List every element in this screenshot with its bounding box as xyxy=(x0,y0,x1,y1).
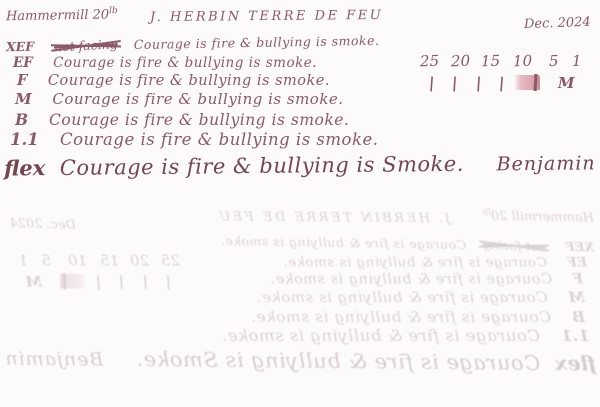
nib-label: F xyxy=(17,73,27,89)
scale-number: 5 xyxy=(548,52,558,70)
paper-weight-unit: lb xyxy=(109,6,118,16)
test-sentence: Courage is fire & bullying is smoke. xyxy=(48,73,330,89)
scratched-out-word: not facing xyxy=(54,37,118,54)
paper-brand: Hammermill xyxy=(6,8,89,24)
test-sentence: Courage is fire & bullying is smoke. xyxy=(53,55,317,71)
test-line-ef: EF Courage is fire & bullying is smoke. xyxy=(13,56,317,71)
nib-label: flex xyxy=(4,156,45,180)
test-line-xef: XEF not facing Courage is fire & bullyin… xyxy=(6,34,380,54)
tick-mark: | xyxy=(499,74,506,92)
test-line-b: B Courage is fire & bullying is smoke. xyxy=(15,111,349,129)
scale-number: 20 xyxy=(451,52,471,71)
test-line-flex: flex Courage is fire & bullying is Smoke… xyxy=(4,149,600,180)
test-line-f: F Courage is fire & bullying is smoke. xyxy=(17,73,330,90)
nib-label: XEF xyxy=(6,40,34,54)
nib-label: EF xyxy=(13,56,33,71)
ink-smear-swatch xyxy=(514,75,540,90)
paper-sheet: Hammermill 20lb J. HERBIN TERRE DE FEU D… xyxy=(0,0,600,407)
scale-number: 25 xyxy=(420,52,440,71)
test-line-m: M Courage is fire & bullying is smoke. xyxy=(15,91,344,108)
ink-name-label: J. HERBIN TERRE DE FEU xyxy=(150,9,383,25)
front-page: Hammermill 20lb J. HERBIN TERRE DE FEU D… xyxy=(0,0,600,407)
date-label: Dec. 2024 xyxy=(524,16,591,33)
quote-attribution: Benjamin Disraeli xyxy=(496,151,600,175)
scale-number: 1 xyxy=(572,52,582,70)
tick-mark: | xyxy=(475,74,482,92)
scale-number: 15 xyxy=(480,52,500,71)
scale-number: 10 xyxy=(512,52,532,71)
test-sentence: Courage is fire & bullying is smoke. xyxy=(52,90,343,108)
test-sentence: Courage is fire & bullying is smoke. xyxy=(49,111,349,129)
tick-mark: | xyxy=(452,74,459,92)
paper-weight: 20 xyxy=(92,8,109,23)
tick-mark: | xyxy=(428,74,435,92)
dry-time-test: 25 20 15 10 5 1 ||||M xyxy=(420,52,585,93)
dry-time-nib-label: M xyxy=(558,74,575,92)
dry-time-scale: 25 20 15 10 5 1 xyxy=(420,52,585,70)
test-line-stub: 1.1 Courage is fire & bullying is smoke. xyxy=(10,131,378,149)
nib-label: M xyxy=(15,91,32,108)
test-sentence: Courage is fire & bullying is Smoke. xyxy=(60,152,464,180)
test-sentence: Courage is fire & bullying is smoke. xyxy=(134,33,380,52)
nib-label: B xyxy=(15,111,28,128)
nib-label: 1.1 xyxy=(10,131,39,149)
test-sentence: Courage is fire & bullying is smoke. xyxy=(60,130,379,149)
dry-time-ticks: ||||M xyxy=(420,74,585,93)
paper-label: Hammermill 20lb xyxy=(6,7,118,25)
